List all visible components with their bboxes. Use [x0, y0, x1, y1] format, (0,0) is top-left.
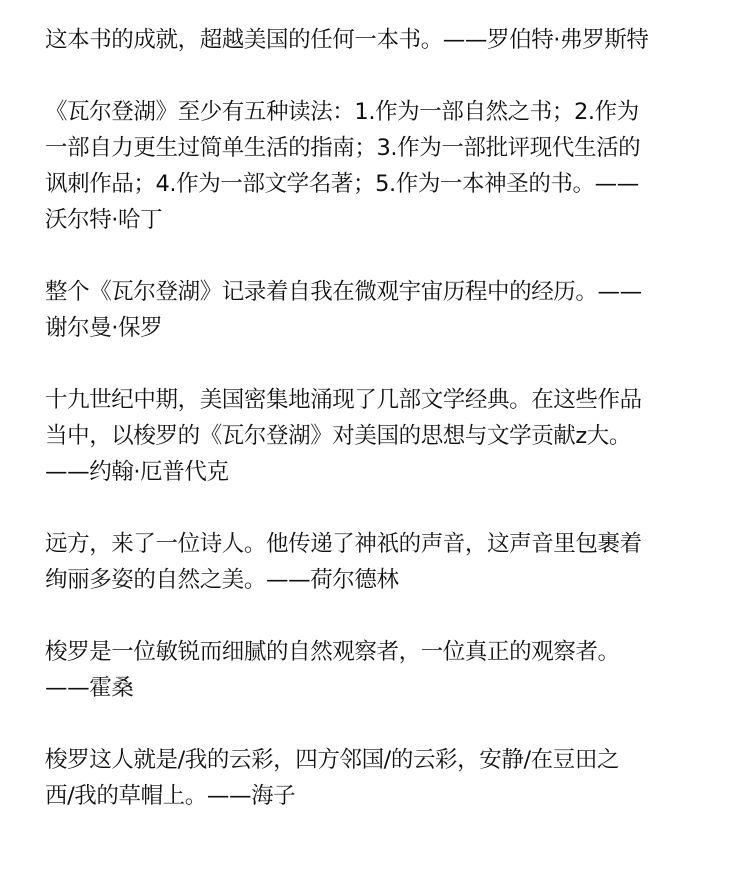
quote-harding: 《瓦尔登湖》至少有五种读法：1.作为一部自然之书；2.作为 一部自力更生过简单生… — [45, 94, 715, 238]
quote-frost: 这本书的成就，超越美国的任何一本书。——罗伯特·弗罗斯特 — [45, 22, 715, 58]
quote-line: 十九世纪中期，美国密集地涌现了几部文学经典。在这些作品 — [45, 382, 715, 418]
quote-line: 一部自力更生过简单生活的指南；3.作为一部批评现代生活的 — [45, 130, 715, 166]
quote-line: 梭罗是一位敏锐而细腻的自然观察者，一位真正的观察者。 — [45, 634, 715, 670]
quote-line: ——约翰·厄普代克 — [45, 454, 715, 490]
quote-line: 西/我的草帽上。——海子 — [45, 778, 715, 814]
quote-line: 当中，以梭罗的《瓦尔登湖》对美国的思想与文学贡献z大。 — [45, 418, 715, 454]
quote-holderlin: 远方，来了一位诗人。他传递了神祇的声音，这声音里包裹着 绚丽多姿的自然之美。——… — [45, 526, 715, 598]
quote-line: 这本书的成就，超越美国的任何一本书。——罗伯特·弗罗斯特 — [45, 22, 715, 58]
quotes-document: 这本书的成就，超越美国的任何一本书。——罗伯特·弗罗斯特 《瓦尔登湖》至少有五种… — [45, 22, 715, 850]
quote-line: 梭罗这人就是/我的云彩，四方邻国/的云彩，安静/在豆田之 — [45, 742, 715, 778]
quote-line: 《瓦尔登湖》至少有五种读法：1.作为一部自然之书；2.作为 — [45, 94, 715, 130]
quote-line: 讽刺作品；4.作为一部文学名著；5.作为一本神圣的书。—— — [45, 166, 715, 202]
quote-haizi: 梭罗这人就是/我的云彩，四方邻国/的云彩，安静/在豆田之 西/我的草帽上。——海… — [45, 742, 715, 814]
quote-line: 谢尔曼·保罗 — [45, 310, 715, 346]
quote-paul: 整个《瓦尔登湖》记录着自我在微观宇宙历程中的经历。—— 谢尔曼·保罗 — [45, 274, 715, 346]
quote-line: 整个《瓦尔登湖》记录着自我在微观宇宙历程中的经历。—— — [45, 274, 715, 310]
quote-line: 沃尔特·哈丁 — [45, 202, 715, 238]
quote-line: 绚丽多姿的自然之美。——荷尔德林 — [45, 562, 715, 598]
quote-line: 远方，来了一位诗人。他传递了神祇的声音，这声音里包裹着 — [45, 526, 715, 562]
quote-updike: 十九世纪中期，美国密集地涌现了几部文学经典。在这些作品 当中，以梭罗的《瓦尔登湖… — [45, 382, 715, 490]
quote-hawthorne: 梭罗是一位敏锐而细腻的自然观察者，一位真正的观察者。 ——霍桑 — [45, 634, 715, 706]
quote-line: ——霍桑 — [45, 670, 715, 706]
